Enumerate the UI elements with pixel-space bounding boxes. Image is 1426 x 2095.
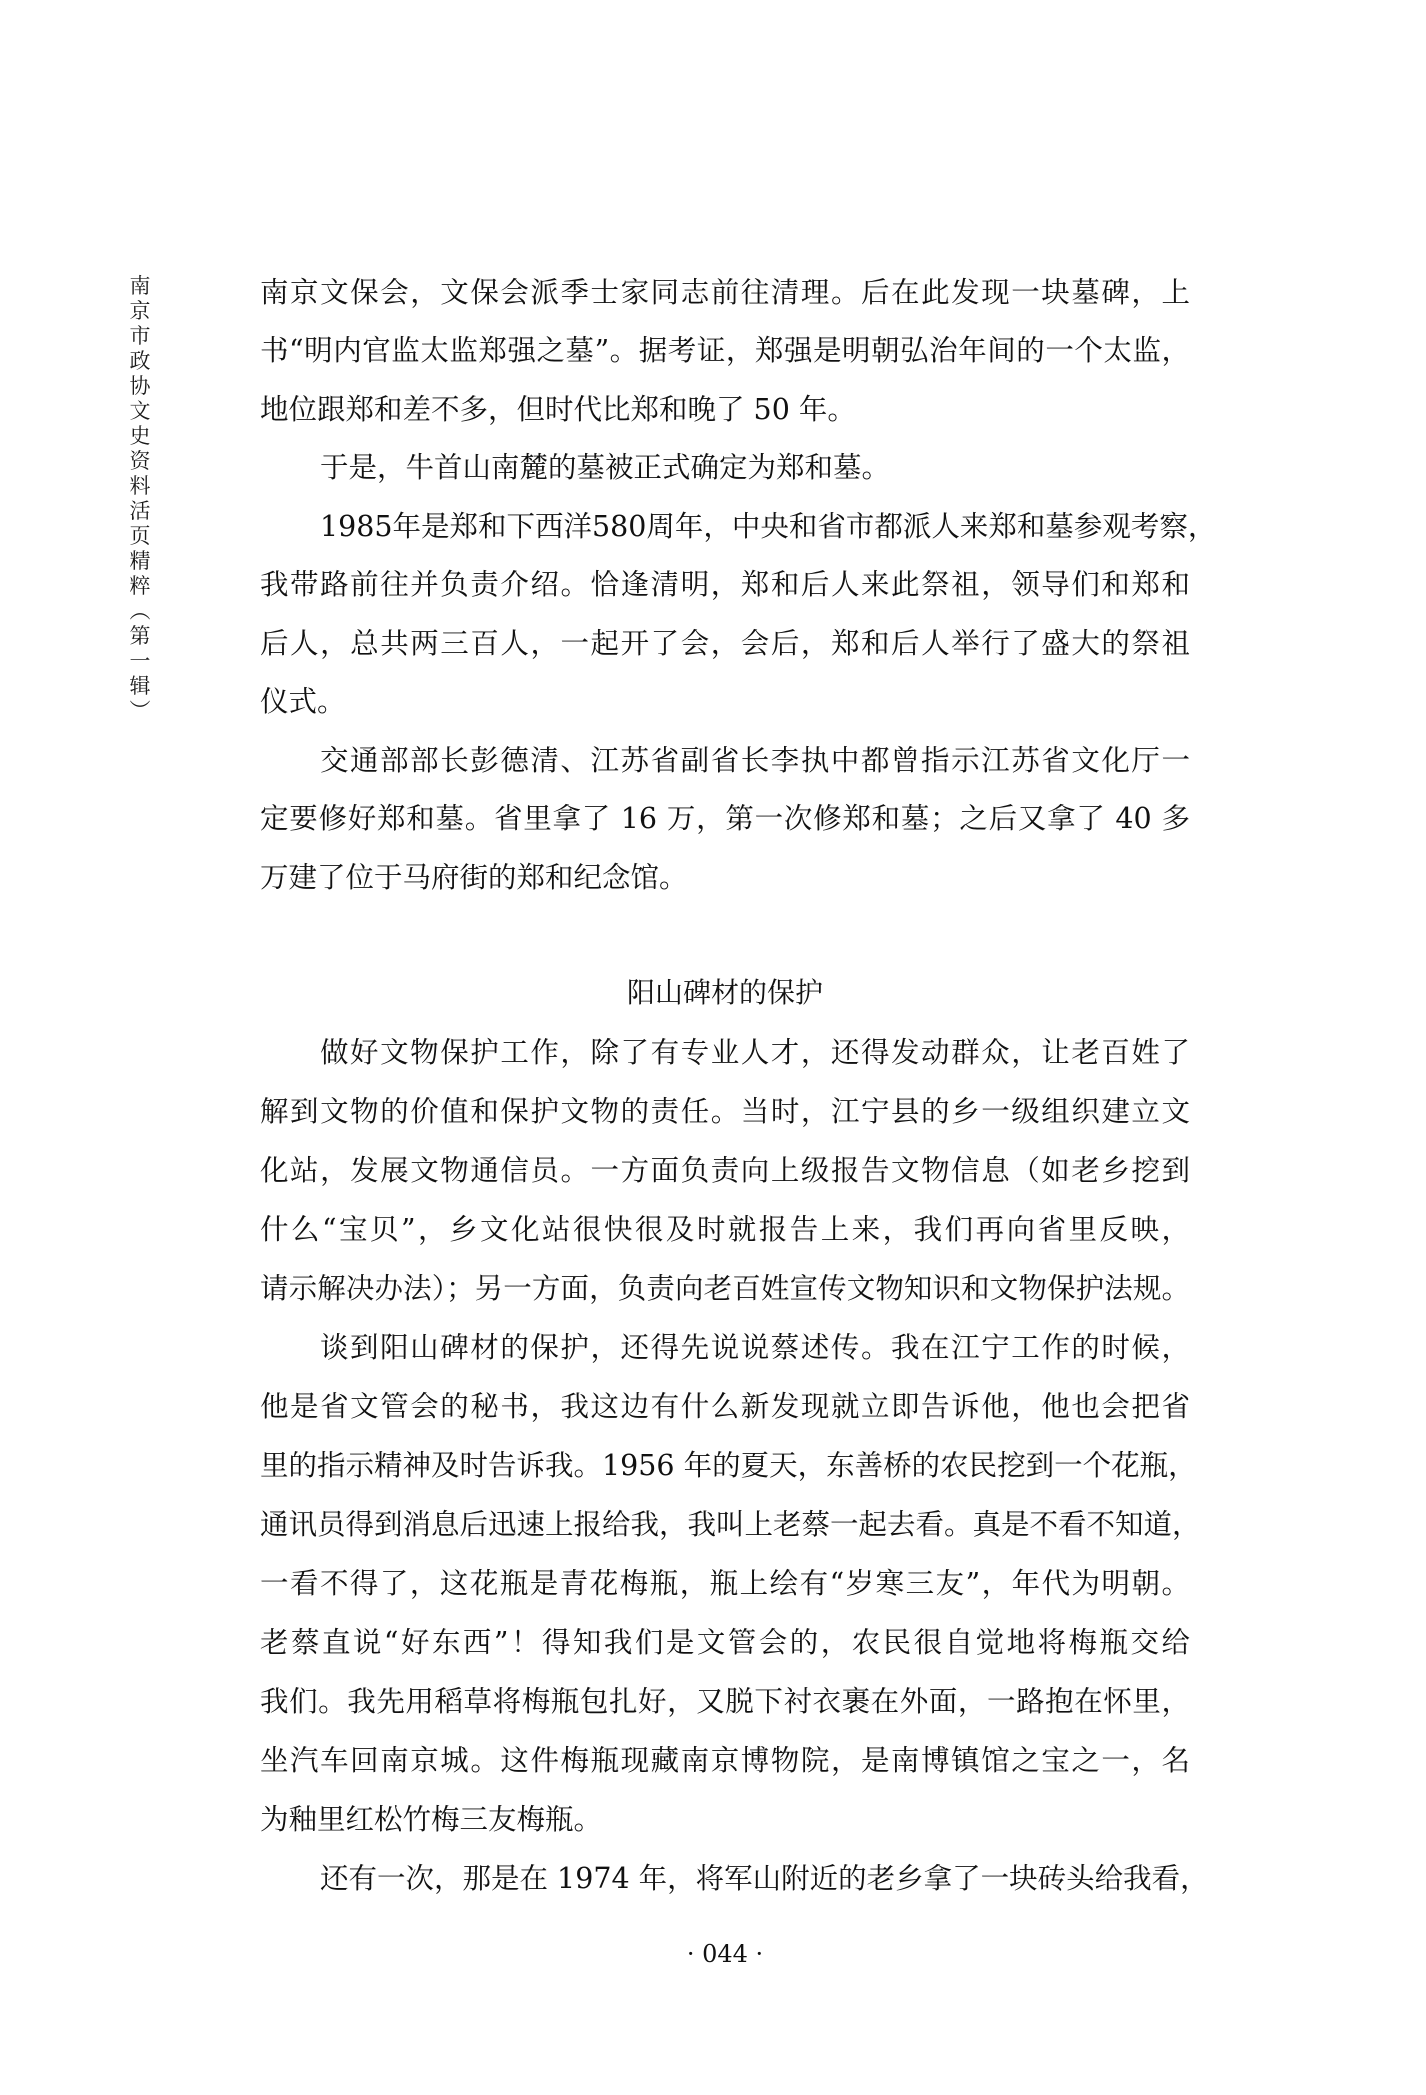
text-line: 交通部部长彭德清、江苏省副省长李执中都曾指示江苏省文化厅一 (320, 741, 1190, 781)
text-line: 为釉里红松竹梅三友梅瓶。 (260, 1800, 1190, 1840)
text-line: 于是，牛首山南麓的墓被正式确定为郑和墓。 (320, 448, 1190, 488)
running-title-char: 京 (126, 299, 154, 324)
running-title-char: 资 (126, 449, 154, 474)
text-line: 1985年是郑和下西洋580周年，中央和省市都派人来郑和墓参观考察， (320, 507, 1190, 547)
running-title-char: 市 (126, 324, 154, 349)
running-title-char: ︵ (126, 599, 154, 624)
running-title-char: 页 (126, 524, 154, 549)
text-line: 还有一次，那是在 1974 年，将军山附近的老乡拿了一块砖头给我看， (320, 1859, 1190, 1899)
running-title-char: 活 (126, 499, 154, 524)
text-line: 一看不得了，这花瓶是青花梅瓶，瓶上绘有“岁寒三友”，年代为明朝。 (260, 1564, 1190, 1604)
text-line: 谈到阳山碑材的保护，还得先说说蔡述传。我在江宁工作的时候， (320, 1328, 1190, 1368)
running-title-char: 精 (126, 549, 154, 574)
text-line: 我们。我先用稻草将梅瓶包扎好，又脱下衬衣裹在外面，一路抱在怀里， (260, 1682, 1190, 1722)
running-title-char: 史 (126, 424, 154, 449)
section-heading: 阳山碑材的保护 (260, 973, 1190, 1013)
text-line: 书“明内官监太监郑强之墓”。据考证，郑强是明朝弘治年间的一个太监， (260, 331, 1190, 371)
running-title-char: 一 (126, 649, 154, 674)
text-line: 定要修好郑和墓。省里拿了 16 万，第一次修郑和墓；之后又拿了 40 多 (260, 799, 1190, 839)
text-line: 做好文物保护工作，除了有专业人才，还得发动群众，让老百姓了 (320, 1033, 1190, 1073)
text-line: 通讯员得到消息后迅速上报给我，我叫上老蔡一起去看。真是不看不知道， (260, 1505, 1190, 1545)
text-line: 仪式。 (260, 682, 1190, 722)
text-line: 坐汽车回南京城。这件梅瓶现藏南京博物院，是南博镇馆之宝之一，名 (260, 1741, 1190, 1781)
running-title-char: 协 (126, 374, 154, 399)
running-title-char: 粹 (126, 574, 154, 599)
running-title-char: 南 (126, 274, 154, 299)
text-line: 后人，总共两三百人，一起开了会，会后，郑和后人举行了盛大的祭祖 (260, 624, 1190, 664)
text-line: 他是省文管会的秘书，我这边有什么新发现就立即告诉他，他也会把省 (260, 1387, 1190, 1427)
text-line: 我带路前往并负责介绍。恰逢清明，郑和后人来此祭祖，领导们和郑和 (260, 565, 1190, 605)
text-line: 南京文保会，文保会派季士家同志前往清理。后在此发现一块墓碑，上 (260, 273, 1190, 313)
text-line: 万建了位于马府街的郑和纪念馆。 (260, 858, 1190, 898)
text-line: 请示解决办法）；另一方面，负责向老百姓宣传文物知识和文物保护法规。 (260, 1269, 1190, 1309)
document-page: 南 京 市 政 协 文 史 资 料 活 页 精 粹 ︵ 第 一 辑 ︶ 南京文保… (0, 0, 1426, 2095)
running-title-char: 文 (126, 399, 154, 424)
text-line: 老蔡直说“好东西”！得知我们是文管会的，农民很自觉地将梅瓶交给 (260, 1623, 1190, 1663)
running-title-char: ︶ (126, 699, 154, 724)
page-number: · 044 · (260, 1938, 1190, 1970)
text-line: 解到文物的价值和保护文物的责任。当时，江宁县的乡一级组织建立文 (260, 1092, 1190, 1132)
text-line: 里的指示精神及时告诉我。1956 年的夏天，东善桥的农民挖到一个花瓶， (260, 1446, 1190, 1486)
text-line: 什么“宝贝”，乡文化站很快很及时就报告上来，我们再向省里反映， (260, 1210, 1190, 1250)
running-title-char: 第 (126, 624, 154, 649)
text-line: 化站，发展文物通信员。一方面负责向上级报告文物信息（如老乡挖到 (260, 1151, 1190, 1191)
running-title-vertical: 南 京 市 政 协 文 史 资 料 活 页 精 粹 ︵ 第 一 辑 ︶ (126, 274, 154, 724)
text-line: 地位跟郑和差不多，但时代比郑和晚了 50 年。 (260, 390, 1190, 430)
running-title-char: 料 (126, 474, 154, 499)
running-title-char: 政 (126, 349, 154, 374)
running-title-char: 辑 (126, 674, 154, 699)
